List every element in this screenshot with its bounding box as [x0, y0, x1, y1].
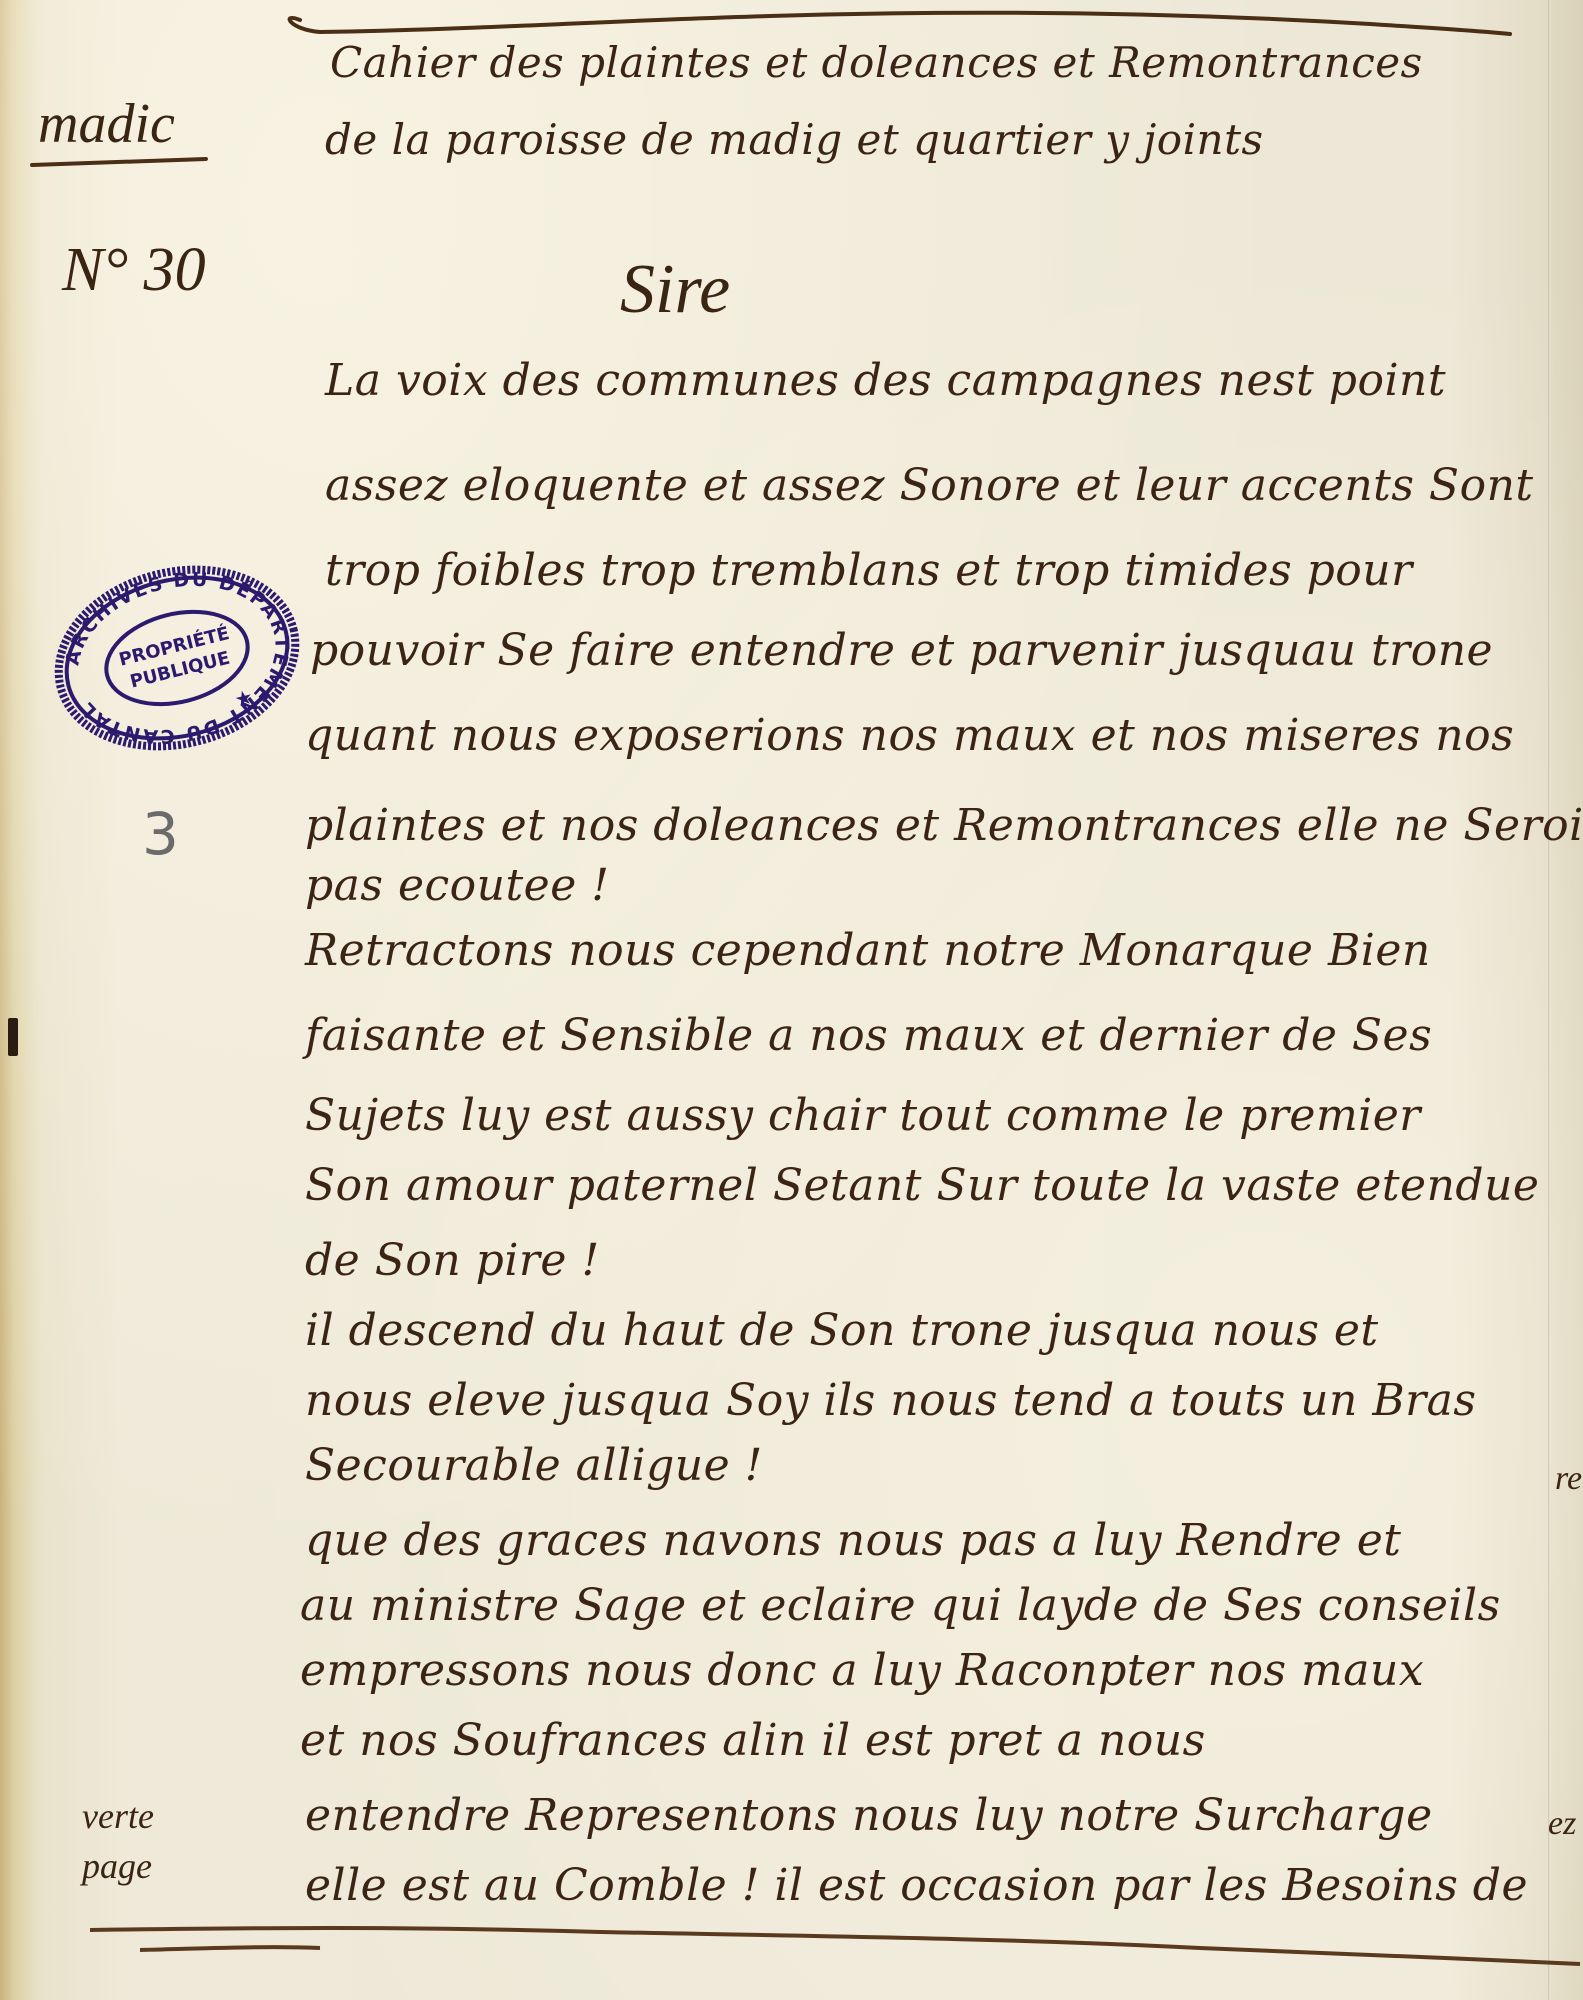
margin-parish-name: madic	[38, 92, 175, 156]
body-line-8: Retractons nous cependant notre Monarque…	[305, 925, 1431, 976]
header-title-line-1: Cahier des plaintes et doleances et Remo…	[330, 38, 1423, 87]
body-line-21: elle est au Comble ! il est occasion par…	[305, 1860, 1528, 1911]
top-flourish-line	[170, 2, 1530, 42]
body-line-17: au ministre Sage et eclaire qui layde de…	[300, 1580, 1501, 1631]
body-line-9: faisante et Sensible a nos maux et derni…	[305, 1010, 1432, 1061]
margin-note-line-1: verte	[82, 1795, 154, 1837]
header-title-line-2: de la paroisse de madig et quartier y jo…	[325, 115, 1264, 164]
right-margin-fragment-re: re	[1555, 1460, 1582, 1498]
right-margin-fragment-ez: ez	[1548, 1805, 1576, 1843]
body-line-6: plaintes et nos doleances et Remontrance…	[305, 800, 1583, 851]
body-line-18: empressons nous donc a luy Raconpter nos…	[300, 1645, 1424, 1696]
body-line-13: il descend du haut de Son trone jusqua n…	[305, 1305, 1379, 1356]
body-line-2: assez eloquente et assez Sonore et leur …	[325, 460, 1534, 511]
salutation: Sire	[620, 250, 730, 330]
margin-note-line-2: page	[82, 1845, 152, 1887]
body-line-3: trop foibles trop tremblans et trop timi…	[325, 545, 1413, 596]
body-line-1: La voix des communes des campagnes nest …	[325, 355, 1446, 406]
document-number: N° 30	[62, 235, 206, 306]
bottom-flourish-line	[0, 1920, 1583, 1980]
body-line-20: entendre Representons nous luy notre Sur…	[305, 1790, 1433, 1841]
page-fold-edge	[1548, 0, 1551, 2000]
body-line-15: Secourable alligue !	[305, 1440, 763, 1491]
body-line-11: Son amour paternel Setant Sur toute la v…	[305, 1160, 1539, 1211]
body-line-5: quant nous exposerions nos maux et nos m…	[305, 710, 1514, 761]
body-line-7: pas ecoutee !	[305, 860, 609, 911]
body-line-19: et nos Soufrances alin il est pret a nou…	[300, 1715, 1206, 1766]
body-line-14: nous eleve jusqua Soy ils nous tend a to…	[305, 1375, 1477, 1426]
binding-thread-mark	[8, 1018, 18, 1056]
body-line-4: pouvoir Se faire entendre et parvenir ju…	[310, 625, 1493, 676]
body-line-16: que des graces navons nous pas a luy Ren…	[305, 1515, 1401, 1566]
manuscript-page	[0, 0, 1583, 2000]
body-line-10: Sujets luy est aussy chair tout comme le…	[305, 1090, 1421, 1141]
pencil-folio-number: 3	[142, 800, 179, 868]
body-line-12: de Son pire !	[305, 1235, 600, 1286]
